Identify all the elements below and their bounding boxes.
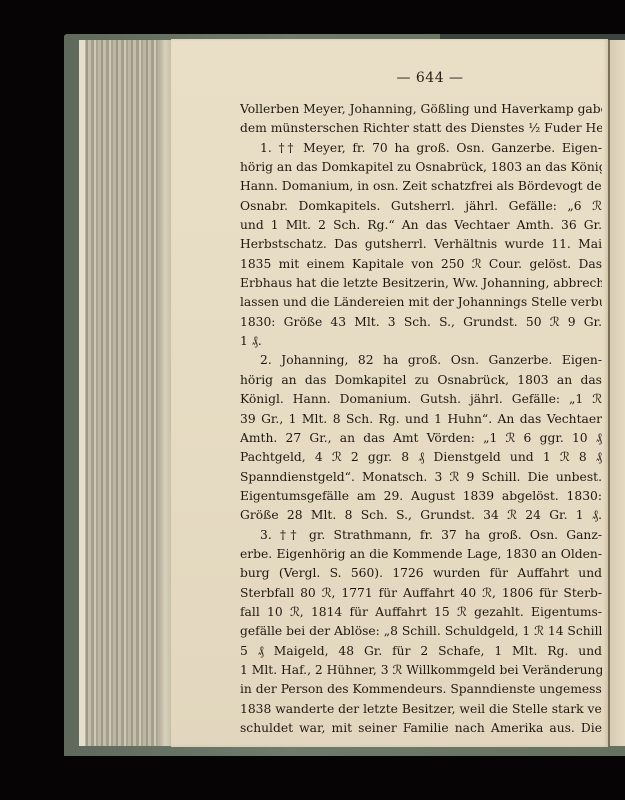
facing-page-edge (610, 40, 625, 746)
text-line: burg (Vergl. S. 560). 1726 wurden für Au… (240, 564, 602, 583)
text-line: Pachtgeld, 4 ℛ 2 ggr. 8 ₰ Dienstgeld und… (240, 448, 602, 467)
text-line: 1830: Größe 43 Mlt. 3 Sch. S., Grundst. … (240, 313, 602, 332)
text-line: schuldet war, mit seiner Familie nach Am… (240, 719, 602, 738)
text-line: gefälle bei der Ablöse: „8 Schill. Schul… (240, 622, 602, 641)
text-line: Osnabr. Domkapitels. Gutsherrl. jährl. G… (240, 197, 602, 216)
text-line: fall 10 ℛ, 1814 für Auffahrt 15 ℛ gezahl… (240, 603, 602, 622)
text-line: 39 Gr., 1 Mlt. 8 Sch. Rg. und 1 Huhn“. A… (240, 410, 602, 429)
text-line: 3. †† gr. Strathmann, fr. 37 ha groß. Os… (240, 526, 602, 545)
text-line: hörig an das Domkapitel zu Osnabrück, 18… (240, 158, 602, 177)
body-text: Vollerben Meyer, Johanning, Gößling und … (240, 100, 602, 738)
text-line: 1835 mit einem Kapitale von 250 ℛ Cour. … (240, 255, 602, 274)
text-line: 5 ₰ Maigeld, 48 Gr. für 2 Schafe, 1 Mlt.… (240, 642, 602, 661)
text-line: Vollerben Meyer, Johanning, Gößling und … (240, 100, 602, 119)
text-line: 2. Johanning, 82 ha groß. Osn. Ganzerbe.… (240, 351, 602, 370)
text-line: Erbhaus hat die letzte Besitzerin, Ww. J… (240, 274, 602, 293)
text-line: Spanndienstgeld“. Monatsch. 3 ℛ 9 Schill… (240, 468, 602, 487)
text-line: Größe 28 Mlt. 8 Sch. S., Grundst. 34 ℛ 2… (240, 506, 602, 525)
text-line: 1 Mlt. Haf., 2 Hühner, 3 ℛ Willkommgeld … (240, 661, 602, 680)
text-line: Hann. Domanium, in osn. Zeit schatzfrei … (240, 177, 602, 196)
text-line: in der Person des Kommendeurs. Spanndien… (240, 680, 602, 699)
page-number: — 644 — (380, 70, 480, 86)
text-line: Herbstschatz. Das gutsherrl. Verhältnis … (240, 235, 602, 254)
text-line: Königl. Hann. Domanium. Gutsh. jährl. Ge… (240, 390, 602, 409)
text-line: erbe. Eigenhörig an die Kommende Lage, 1… (240, 545, 602, 564)
text-line: dem münsterschen Richter statt des Diens… (240, 119, 602, 138)
text-line: Sterbfall 80 ℛ, 1771 für Auffahrt 40 ℛ, … (240, 584, 602, 603)
text-line: 1 ₰. (240, 332, 602, 351)
text-line: Eigentumsgefälle am 29. August 1839 abge… (240, 487, 602, 506)
text-line: und 1 Mlt. 2 Sch. Rg.“ An das Vechtaer A… (240, 216, 602, 235)
book-scan: — 644 — Vollerben Meyer, Johanning, Gößl… (0, 0, 625, 800)
text-line: 1. †† Meyer, fr. 70 ha groß. Osn. Ganzer… (240, 139, 602, 158)
text-line: Amth. 27 Gr., an das Amt Vörden: „1 ℛ 6 … (240, 429, 602, 448)
page-stack-edge (79, 40, 171, 746)
text-line: 1838 wanderte der letzte Besitzer, weil … (240, 700, 602, 719)
text-line: hörig an das Domkapitel zu Osnabrück, 18… (240, 371, 602, 390)
text-line: lassen und die Ländereien mit der Johann… (240, 293, 602, 312)
